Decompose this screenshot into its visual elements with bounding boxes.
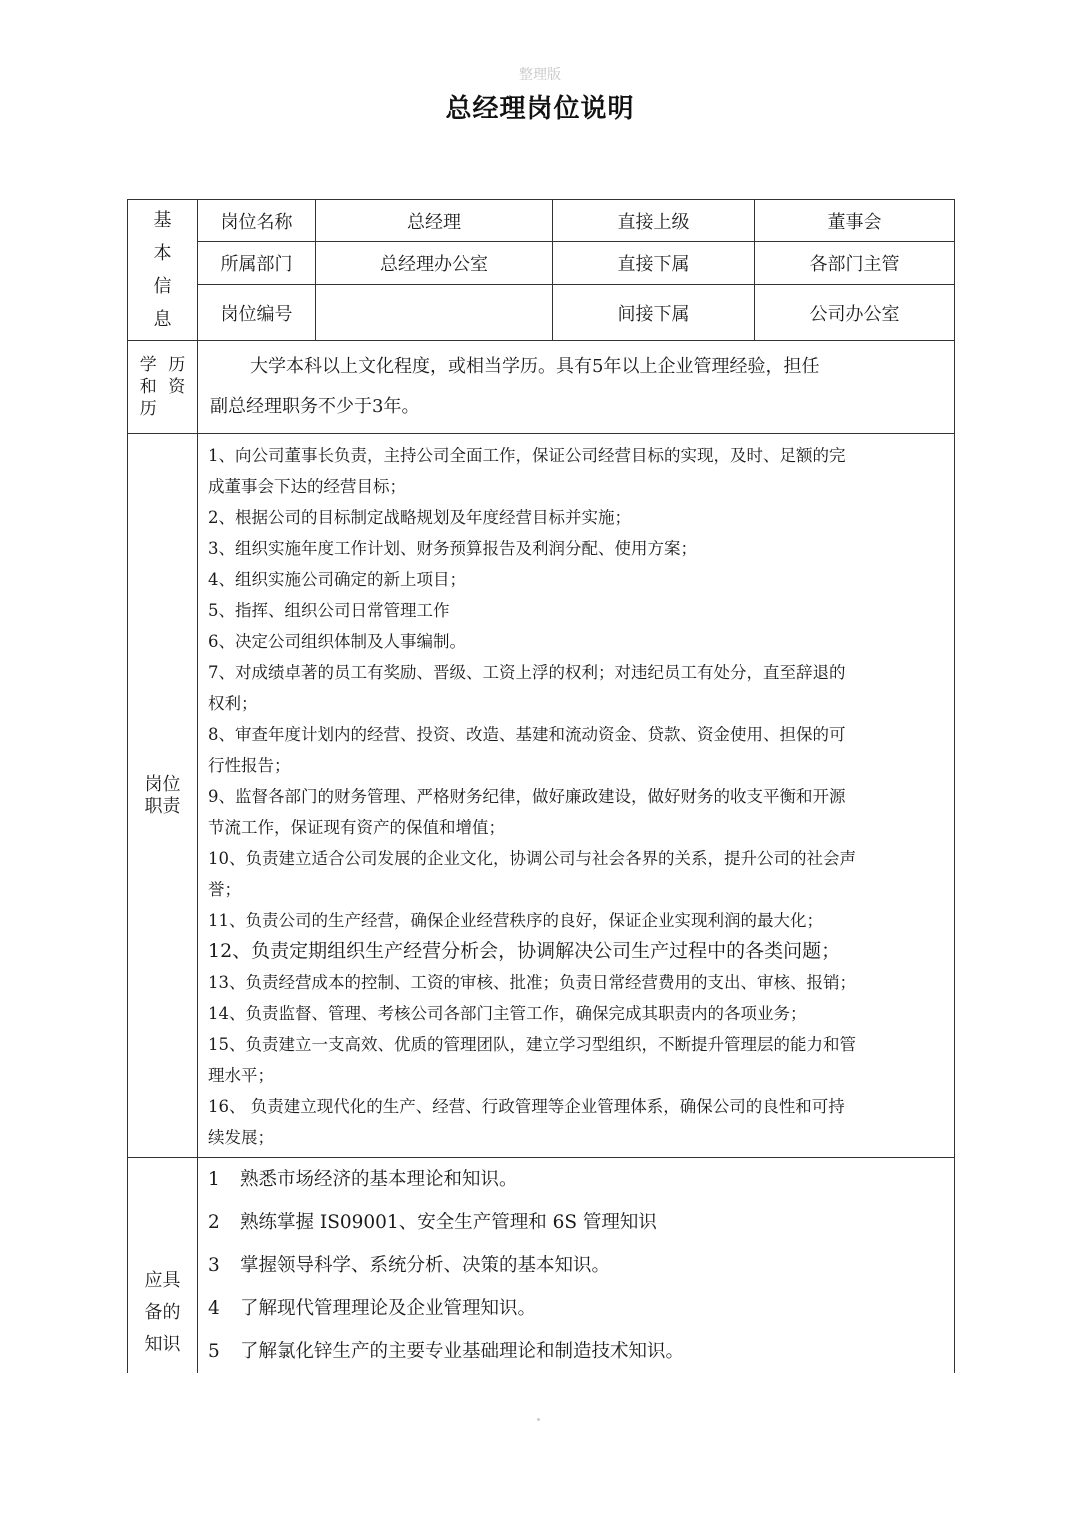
watermark: 整理版 [0, 64, 1080, 84]
label-text: 备的 [128, 1297, 197, 1329]
field-value [316, 285, 553, 341]
item-number: 3 [208, 1244, 240, 1287]
section-label-basic-info: 基 本 信 息 [128, 200, 198, 341]
label-char: 和 [134, 376, 163, 398]
duty-line: 14、负责监督、管理、考核公司各部门主管工作，确保完成其职责内的各项业务； [208, 998, 954, 1029]
education-text: 大学本科以上文化程度，或相当学历。具有5年以上企业管理经验，担任 副总经理职务不… [198, 341, 955, 434]
duty-line: 誉； [208, 874, 954, 905]
table-row: 基 本 信 息 岗位名称 总经理 直接上级 董事会 [128, 200, 955, 242]
label-char: 学 [134, 354, 163, 376]
table-row: 学 历 和 资 历 大学本科以上文化程度，或相当学历。具有5年以上企业管理经验，… [128, 341, 955, 434]
item-number: 1 [208, 1158, 240, 1201]
field-label: 直接上级 [553, 200, 755, 242]
item-number: 5 [208, 1330, 240, 1373]
duties-list: 1、向公司董事长负责，主持公司全面工作，保证公司经营目标的实现，及时、足额的完 … [198, 434, 955, 1158]
field-value: 董事会 [755, 200, 955, 242]
duty-line: 1、向公司董事长负责，主持公司全面工作，保证公司经营目标的实现，及时、足额的完 [208, 440, 954, 471]
duty-line: 续发展； [208, 1122, 954, 1153]
duty-line: 16、 负责建立现代化的生产、经营、行政管理等企业管理体系，确保公司的良性和可持 [208, 1091, 954, 1122]
label-char: 历 [163, 354, 192, 376]
duty-line: 3、组织实施年度工作计划、财务预算报告及利润分配、使用方案； [208, 533, 954, 564]
item-number: 4 [208, 1287, 240, 1330]
label-text: 应具 [128, 1265, 197, 1297]
label-char: 本 [128, 237, 197, 270]
label-char: 资 [163, 376, 192, 398]
field-value: 总经理 [316, 200, 553, 242]
field-value: 总经理办公室 [316, 242, 553, 285]
label-text: 知识 [128, 1329, 197, 1361]
table-row: 岗位 职责 1、向公司董事长负责，主持公司全面工作，保证公司经营目标的实现，及时… [128, 434, 955, 1158]
field-value: 公司办公室 [755, 285, 955, 341]
duty-line: 权利； [208, 688, 954, 719]
duty-line: 4、组织实施公司确定的新上项目； [208, 564, 954, 595]
item-text: 熟练掌握 IS09001、安全生产管理和 6S 管理知识 [240, 1212, 657, 1233]
duty-line: 15、负责建立一支高效、优质的管理团队，建立学习型组织，不断提升管理层的能力和管 [208, 1029, 954, 1060]
page-title: 总经理岗位说明 [0, 88, 1080, 125]
duty-line: 13、负责经营成本的控制、工资的审核、批准；负责日常经营费用的支出、审核、报销； [208, 967, 954, 998]
knowledge-list: 1熟悉市场经济的基本理论和知识。 2熟练掌握 IS09001、安全生产管理和 6… [198, 1158, 955, 1374]
label-char: 息 [128, 303, 197, 336]
knowledge-item: 1熟悉市场经济的基本理论和知识。 [208, 1158, 954, 1201]
duty-line: 11、负责公司的生产经营，确保企业经营秩序的良好，保证企业实现利润的最大化； [208, 905, 954, 936]
section-label-education: 学 历 和 资 历 [128, 341, 198, 434]
table-row: 应具 备的 知识 1熟悉市场经济的基本理论和知识。 2熟练掌握 IS09001、… [128, 1158, 955, 1374]
education-line: 副总经理职务不少于3年。 [210, 387, 944, 427]
label-text: 岗位 [128, 774, 197, 796]
knowledge-item: 3掌握领导科学、系统分析、决策的基本知识。 [208, 1244, 954, 1287]
knowledge-item: 2熟练掌握 IS09001、安全生产管理和 6S 管理知识 [208, 1201, 954, 1244]
label-char: 历 [134, 398, 163, 420]
field-label: 岗位名称 [198, 200, 316, 242]
duty-line: 5、指挥、组织公司日常管理工作 [208, 595, 954, 626]
duty-line: 成董事会下达的经营目标； [208, 471, 954, 502]
table-row: 所属部门 总经理办公室 直接下属 各部门主管 [128, 242, 955, 285]
field-label: 所属部门 [198, 242, 316, 285]
label-char: 信 [128, 270, 197, 303]
label-char: 基 [128, 204, 197, 237]
field-label: 直接下属 [553, 242, 755, 285]
education-line: 大学本科以上文化程度，或相当学历。具有5年以上企业管理经验，担任 [250, 356, 819, 377]
duty-line: 10、负责建立适合公司发展的企业文化，协调公司与社会各界的关系，提升公司的社会声 [208, 843, 954, 874]
section-label-knowledge: 应具 备的 知识 [128, 1158, 198, 1374]
item-number: 2 [208, 1201, 240, 1244]
field-value: 各部门主管 [755, 242, 955, 285]
field-label: 岗位编号 [198, 285, 316, 341]
item-text: 熟悉市场经济的基本理论和知识。 [240, 1169, 518, 1190]
table-row: 岗位编号 间接下属 公司办公室 [128, 285, 955, 341]
knowledge-item: 5了解氯化锌生产的主要专业基础理论和制造技术知识。 [208, 1330, 954, 1373]
field-label: 间接下属 [553, 285, 755, 341]
job-description-table: 基 本 信 息 岗位名称 总经理 直接上级 董事会 所属部门 总经理办公室 直接… [127, 199, 955, 1373]
duty-line: 行性报告； [208, 750, 954, 781]
duty-line: 12、负责定期组织生产经营分析会，协调解决公司生产过程中的各类问题； [208, 936, 954, 967]
duty-line: 9、监督各部门的财务管理、严格财务纪律，做好廉政建设，做好财务的收支平衡和开源 [208, 781, 954, 812]
label-char [163, 398, 192, 420]
page-marker-dot [537, 1418, 540, 1421]
item-text: 了解现代管理理论及企业管理知识。 [240, 1298, 536, 1319]
label-text: 职责 [128, 796, 197, 818]
section-label-duties: 岗位 职责 [128, 434, 198, 1158]
duty-line: 6、决定公司组织体制及人事编制。 [208, 626, 954, 657]
knowledge-item: 4了解现代管理理论及企业管理知识。 [208, 1287, 954, 1330]
duty-line: 节流工作，保证现有资产的保值和增值； [208, 812, 954, 843]
duty-line: 2、根据公司的目标制定战略规划及年度经营目标并实施； [208, 502, 954, 533]
item-text: 掌握领导科学、系统分析、决策的基本知识。 [240, 1255, 610, 1276]
item-text: 了解氯化锌生产的主要专业基础理论和制造技术知识。 [240, 1341, 684, 1362]
duty-line: 理水平； [208, 1060, 954, 1091]
duty-line: 7、对成绩卓著的员工有奖励、晋级、工资上浮的权利；对违纪员工有处分，直至辞退的 [208, 657, 954, 688]
duty-line: 8、审查年度计划内的经营、投资、改造、基建和流动资金、贷款、资金使用、担保的可 [208, 719, 954, 750]
